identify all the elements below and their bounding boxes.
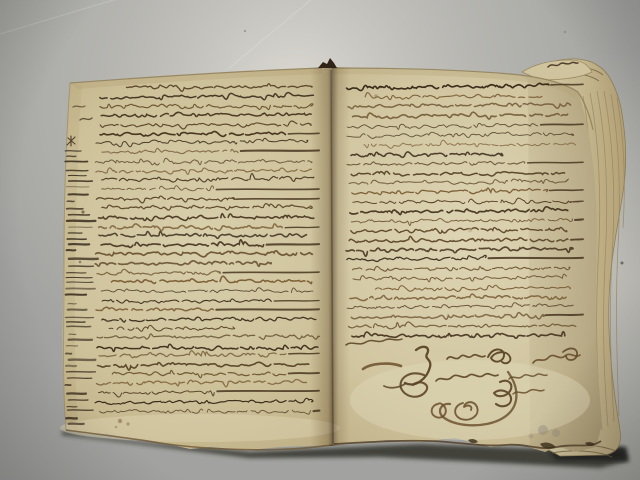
vignette-overlay — [0, 0, 640, 480]
photo-of-open-manuscript — [0, 0, 640, 480]
manuscript-photo-canvas — [0, 0, 640, 480]
